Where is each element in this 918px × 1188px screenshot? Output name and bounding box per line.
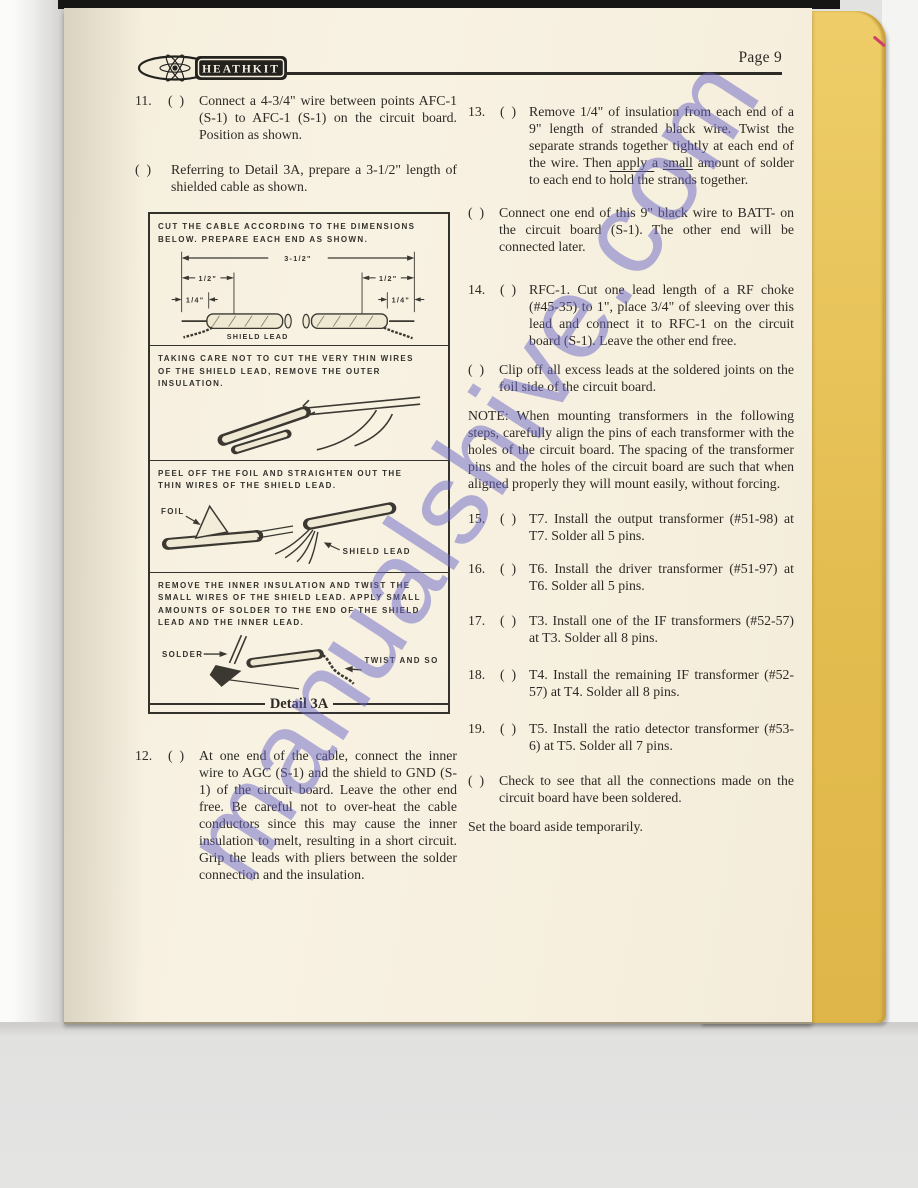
detail-3a-figure: CUT THE CABLE ACCORDING TO THE DIMENSION… bbox=[148, 212, 450, 714]
step-check-connections: ( ) Check to see that all the connection… bbox=[468, 772, 794, 806]
twist-label: TWIST AND SOLDER bbox=[365, 655, 438, 664]
step-checkbox: ( ) bbox=[500, 103, 529, 120]
step-checkbox: ( ) bbox=[168, 92, 199, 109]
figure-panel-cut-cable: CUT THE CABLE ACCORDING TO THE DIMENSION… bbox=[150, 214, 448, 345]
step-text: At one end of the cable, connect the inn… bbox=[199, 747, 457, 883]
foil-label: FOIL bbox=[161, 507, 185, 516]
step-13: 13. ( ) Remove 1/4" of insulation from e… bbox=[468, 103, 794, 188]
step-number: 17. bbox=[468, 612, 500, 629]
dim-label-half-right: 1/2" bbox=[379, 274, 397, 283]
step-11: 11. ( ) Connect a 4-3/4" wire between po… bbox=[135, 92, 457, 143]
title-rule-right bbox=[333, 703, 448, 706]
shield-lead-label: SHIELD LEAD bbox=[343, 546, 411, 555]
manual-page: HEATHKIT Page 9 11. ( ) Connect a 4-3/4"… bbox=[64, 8, 812, 1022]
step-number: 14. bbox=[468, 281, 500, 298]
panel-caption: REMOVE THE INNER INSULATION AND TWIST TH… bbox=[158, 580, 440, 630]
step-19: 19. ( ) T5. Install the ratio detector t… bbox=[468, 720, 794, 754]
step-checkbox: ( ) bbox=[468, 204, 499, 221]
figure-title: Detail 3A bbox=[270, 697, 328, 712]
shield-lead-label: SHIELD LEAD bbox=[227, 332, 289, 341]
step-text: Remove 1/4" of insulation from each end … bbox=[529, 103, 794, 188]
step-text: T3. Install one of the IF transformers (… bbox=[529, 612, 794, 646]
step-number: 16. bbox=[468, 560, 500, 577]
step-checkbox: ( ) bbox=[500, 612, 529, 629]
step-checkbox: ( ) bbox=[468, 772, 499, 789]
step-text: T4. Install the remaining IF transformer… bbox=[529, 666, 794, 700]
step-checkbox: ( ) bbox=[500, 720, 529, 737]
scanner-left-margin bbox=[0, 0, 64, 1022]
detail-title-bar: Detail 3A bbox=[150, 697, 448, 712]
scanner-right-margin bbox=[882, 0, 918, 1024]
step-14: 14. ( ) RFC-1. Cut one lead length of a … bbox=[468, 281, 794, 349]
step-16: 16. ( ) T6. Install the driver transform… bbox=[468, 560, 794, 594]
step-text: RFC-1. Cut one lead length of a RF choke… bbox=[529, 281, 794, 349]
page-number: Page 9 bbox=[644, 49, 782, 67]
step-text: T7. Install the output transformer (#51-… bbox=[529, 510, 794, 544]
right-column: 13. ( ) Remove 1/4" of insulation from e… bbox=[468, 103, 794, 835]
step-checkbox: ( ) bbox=[500, 510, 529, 527]
dim-label-quarter-left: 1/4" bbox=[186, 296, 204, 305]
step-checkbox: ( ) bbox=[500, 666, 529, 683]
overlined-words: hold the bbox=[609, 172, 654, 187]
peel-foil-drawing: FOIL bbox=[158, 496, 438, 568]
panel-caption: CUT THE CABLE ACCORDING TO THE DIMENSION… bbox=[158, 221, 440, 246]
step-checkbox: ( ) bbox=[135, 161, 171, 178]
step-checkbox: ( ) bbox=[468, 361, 499, 378]
step-number: 19. bbox=[468, 720, 500, 737]
footer-instruction: Set the board aside temporarily. bbox=[468, 818, 794, 835]
step-connect-batt: ( ) Connect one end of this 9" black wir… bbox=[468, 204, 794, 255]
step-text: Connect one end of this 9" black wire to… bbox=[499, 204, 794, 255]
scanner-bed bbox=[0, 1022, 918, 1188]
cable-dimension-drawing: 3-1/2" 1/2" 1/2" bbox=[158, 249, 438, 341]
note-paragraph: NOTE: When mounting transformers in the … bbox=[468, 407, 794, 492]
step-checkbox: ( ) bbox=[168, 747, 199, 764]
panel-caption: TAKING CARE NOT TO CUT THE VERY THIN WIR… bbox=[158, 353, 440, 391]
solder-label: SOLDER bbox=[162, 650, 203, 659]
step-number: 15. bbox=[468, 510, 500, 527]
figure-panel-twist-solder: REMOVE THE INNER INSULATION AND TWIST TH… bbox=[150, 572, 448, 695]
heathkit-logo-icon: HEATHKIT bbox=[137, 54, 289, 82]
dim-label-quarter-right: 1/4" bbox=[392, 296, 410, 305]
step-referring: ( ) Referring to Detail 3A, prepare a 3-… bbox=[135, 161, 457, 195]
remove-insulation-drawing bbox=[158, 394, 438, 456]
step-checkbox: ( ) bbox=[500, 560, 529, 577]
panel-caption: PEEL OFF THE FOIL AND STRAIGHTEN OUT THE… bbox=[158, 468, 440, 493]
step-text: Connect a 4-3/4" wire between points AFC… bbox=[199, 92, 457, 143]
step-text: T5. Install the ratio detector transform… bbox=[529, 720, 794, 754]
brand-text: HEATHKIT bbox=[202, 64, 280, 76]
scanned-manual-page: HEATHKIT Page 9 11. ( ) Connect a 4-3/4"… bbox=[0, 0, 918, 1188]
header-rule bbox=[285, 72, 782, 75]
step-number: 18. bbox=[468, 666, 500, 683]
step-text: Clip off all excess leads at the soldere… bbox=[499, 361, 794, 395]
step-number: 12. bbox=[135, 747, 168, 764]
left-column: 11. ( ) Connect a 4-3/4" wire between po… bbox=[135, 92, 457, 883]
step-text: Referring to Detail 3A, prepare a 3-1/2"… bbox=[171, 161, 457, 195]
twist-solder-drawing: SOLDER TWIST AND SOLDER bbox=[158, 633, 438, 691]
figure-panel-peel-foil: PEEL OFF THE FOIL AND STRAIGHTEN OUT THE… bbox=[150, 460, 448, 572]
underlined-word: small bbox=[663, 155, 693, 170]
step-clip-leads: ( ) Clip off all excess leads at the sol… bbox=[468, 361, 794, 395]
step-18: 18. ( ) T4. Install the remaining IF tra… bbox=[468, 666, 794, 700]
step-number: 13. bbox=[468, 103, 500, 120]
step-text: T6. Install the driver transformer (#51-… bbox=[529, 560, 794, 594]
figure-panel-remove-insulation: TAKING CARE NOT TO CUT THE VERY THIN WIR… bbox=[150, 345, 448, 460]
dim-label-full: 3-1/2" bbox=[284, 254, 311, 263]
step-number: 11. bbox=[135, 92, 168, 109]
title-rule-left bbox=[150, 703, 265, 706]
step-15: 15. ( ) T7. Install the output transform… bbox=[468, 510, 794, 544]
step-17: 17. ( ) T3. Install one of the IF transf… bbox=[468, 612, 794, 646]
step-checkbox: ( ) bbox=[500, 281, 529, 298]
dim-label-half-left: 1/2" bbox=[199, 274, 217, 283]
step-12: 12. ( ) At one end of the cable, connect… bbox=[135, 747, 457, 883]
step-text: Check to see that all the connections ma… bbox=[499, 772, 794, 806]
